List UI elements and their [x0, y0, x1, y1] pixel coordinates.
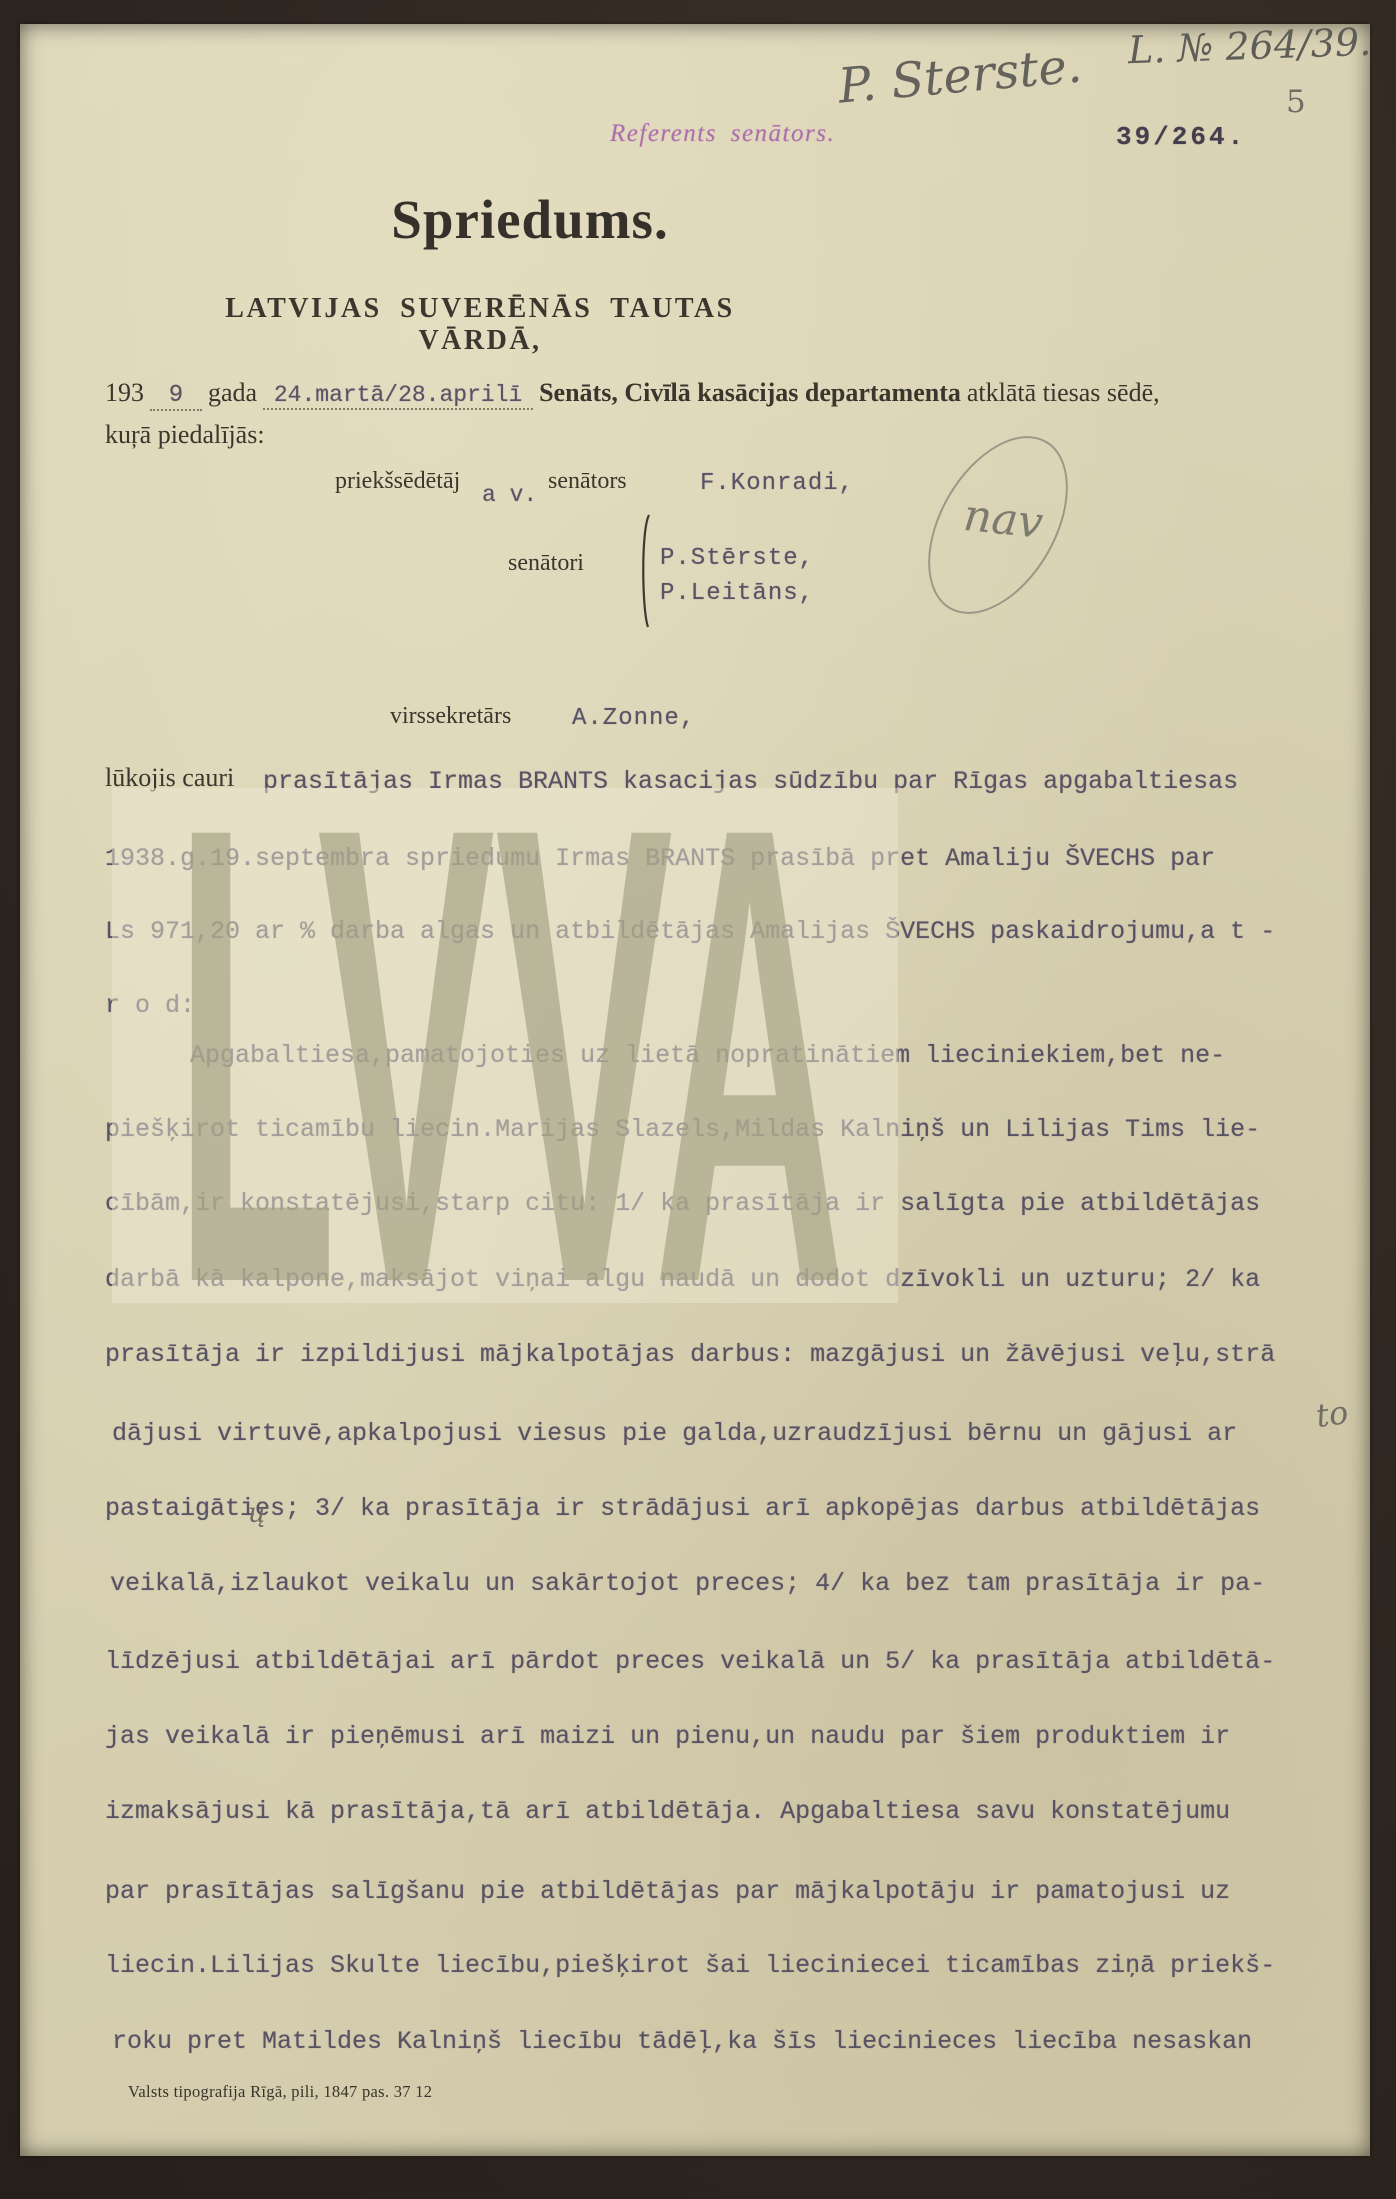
senators-label: senātori — [508, 550, 584, 577]
body-line: izmaksājusi kā prasītāja,tā arī atbildēt… — [105, 1798, 1230, 1825]
court-session-line: 1939gada 24.martā/28.aprilī Senāts, Civī… — [105, 378, 1325, 411]
body-line: cībām,ir konstatējusi,starp citu: 1/ ka … — [105, 1190, 1260, 1217]
gada-label: gada — [208, 378, 257, 408]
body-line: darbā kā kalpone,maksājot viņai algu nau… — [105, 1266, 1260, 1293]
body-line: pastaigāties; 3/ ka prasītāja ir strādāj… — [105, 1495, 1260, 1522]
secretary-label: virssekretārs — [390, 703, 511, 730]
referent-stamp: Referents senātors. — [610, 120, 835, 148]
body-line: piešķirot ticamību liecin.Marijas Slazel… — [105, 1116, 1260, 1143]
date-typed: 24.martā/28.aprilī — [274, 382, 522, 408]
participants-line: kuŗā piedalījās: — [105, 420, 265, 450]
senator-name: P.Leitāns, — [660, 580, 814, 607]
printer-imprint: Valsts tipografija Rīgā, pili, 1847 pas.… — [128, 2082, 432, 2102]
file-number-handwritten: L. № 264/39. — [1127, 20, 1372, 72]
body-line: liecin.Lilijas Skulte liecību,piešķirot … — [105, 1952, 1275, 1979]
chair-label: priekšsēdētāj — [335, 468, 460, 495]
body-line: līdzējusi atbildētājai arī pārdot preces… — [105, 1648, 1275, 1675]
body-line: dājusi virtuvē,apkalpojusi viesus pie ga… — [112, 1420, 1237, 1447]
brace-mark — [638, 512, 652, 630]
body-line: r o d: — [105, 992, 195, 1019]
margin-note-handwritten: to — [1314, 1393, 1351, 1435]
body-intro-printed: lūkojis cauri — [105, 763, 234, 793]
case-number-stamp: 39/264. — [1116, 122, 1246, 152]
body-line: Ls 971,20 ar % darba algas un atbildētāj… — [105, 918, 1275, 945]
nav-pencil-note: nav — [961, 490, 1045, 549]
court-name: Senāts, Civīlā kasācijas departamenta — [539, 378, 961, 408]
year-field: 9 — [150, 378, 202, 411]
senator-label: senātors — [548, 468, 627, 495]
body-line: roku pret Matildes Kalniņš liecību tādēļ… — [112, 2028, 1252, 2055]
court-session-type: atklātā tiesas sēdē, — [967, 378, 1160, 408]
date-field: 24.martā/28.aprilī — [263, 378, 533, 410]
chair-name: F.Konradi, — [700, 470, 854, 497]
body-line: par prasītājas salīgšanu pie atbildētāja… — [105, 1878, 1230, 1905]
document-subtitle: LATVIJAS SUVERĒNĀS TAUTAS VĀRDĀ, — [180, 293, 780, 357]
body-line: Apgabaltiesa,pamatojoties uz lietā nopra… — [190, 1042, 1225, 1069]
year-prefix: 193 — [105, 378, 144, 408]
senator-name: P.Stērste, — [660, 545, 814, 572]
scanned-document-photo: L. № 264/39. 5 39/264. Referents senātor… — [0, 0, 1396, 2199]
body-line: veikalā,izlaukot veikalu un sakārtojot p… — [110, 1570, 1265, 1597]
body-line: prasītāja ir izpildijusi mājkalpotājas d… — [105, 1341, 1275, 1368]
secretary-name: A.Zonne, — [572, 705, 695, 732]
correction-mark-pencil: ų — [248, 1498, 265, 1529]
page-number-pencil: 5 — [1286, 84, 1306, 120]
body-line: 1938.g.19.septembra spriedumu Irmas BRAN… — [105, 845, 1215, 872]
chair-suffix-typed: a v. — [482, 482, 537, 508]
document-title: Spriedums. — [230, 188, 830, 251]
body-line: jas veikalā ir pieņēmusi arī maizi un pi… — [105, 1723, 1230, 1750]
body-line: prasītājas Irmas BRANTS kasacijas sūdzīb… — [263, 768, 1238, 795]
year-typed: 9 — [169, 382, 183, 409]
